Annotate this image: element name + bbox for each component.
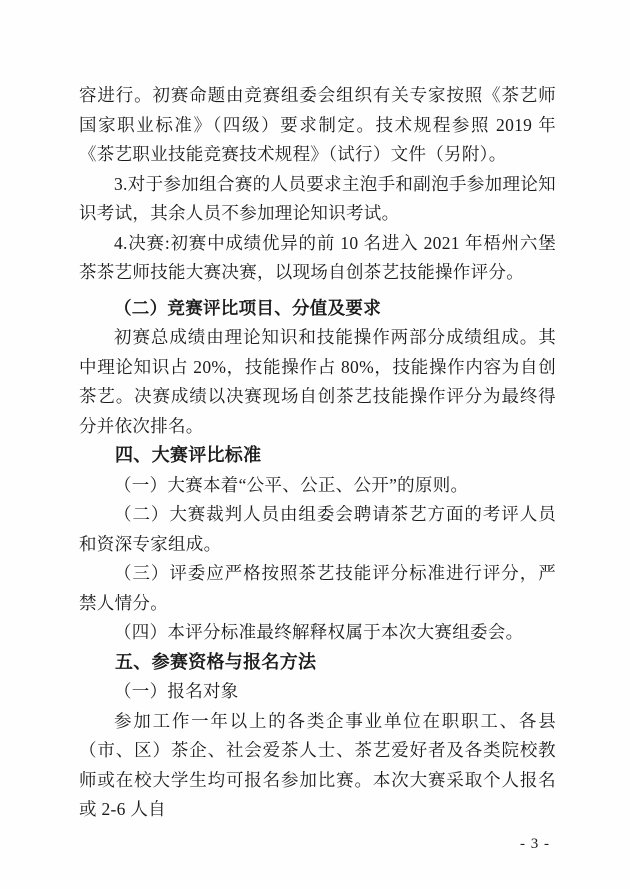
section-heading: 五、参赛资格与报名方法	[79, 648, 556, 678]
section-heading: 四、大赛评比标准	[79, 441, 556, 471]
document-body: 容进行。初赛命题由竞赛组委会组织有关专家按照《茶艺师国家职业标准》（四级）要求制…	[79, 81, 556, 825]
page-number: - 3 -	[495, 836, 575, 853]
paragraph: 参加工作一年以上的各类企事业单位在职职工、各县（市、区）茶企、社会爱茶人士、茶艺…	[79, 707, 556, 825]
paragraph: 3.对于参加组合赛的人员要求主泡手和副泡手参加理论知识考试，其余人员不参加理论知…	[79, 170, 556, 229]
section-heading: （二）竞赛评比项目、分值及要求	[79, 294, 556, 324]
section-heading: （一）报名对象	[79, 677, 556, 707]
paragraph: 初赛总成绩由理论知识和技能操作两部分成绩组成。其中理论知识占 20%，技能操作占…	[79, 323, 556, 441]
paragraph: 容进行。初赛命题由竞赛组委会组织有关专家按照《茶艺师国家职业标准》（四级）要求制…	[79, 81, 556, 170]
paragraph: 4.决赛:初赛中成绩优异的前 10 名进入 2021 年梧州六堡茶茶艺师技能大赛…	[79, 229, 556, 288]
paragraph: （一）大赛本着“公平、公正、公开”的原则。	[79, 471, 556, 501]
paragraph: （二）大赛裁判人员由组委会聘请茶艺方面的考评人员和资深专家组成。	[79, 500, 556, 559]
document-page: 容进行。初赛命题由竞赛组委会组织有关专家按照《茶艺师国家职业标准》（四级）要求制…	[0, 0, 630, 889]
paragraph: （三）评委应严格按照茶艺技能评分标准进行评分，严禁人情分。	[79, 559, 556, 618]
paragraph: （四）本评分标准最终解释权属于本次大赛组委会。	[79, 618, 556, 648]
